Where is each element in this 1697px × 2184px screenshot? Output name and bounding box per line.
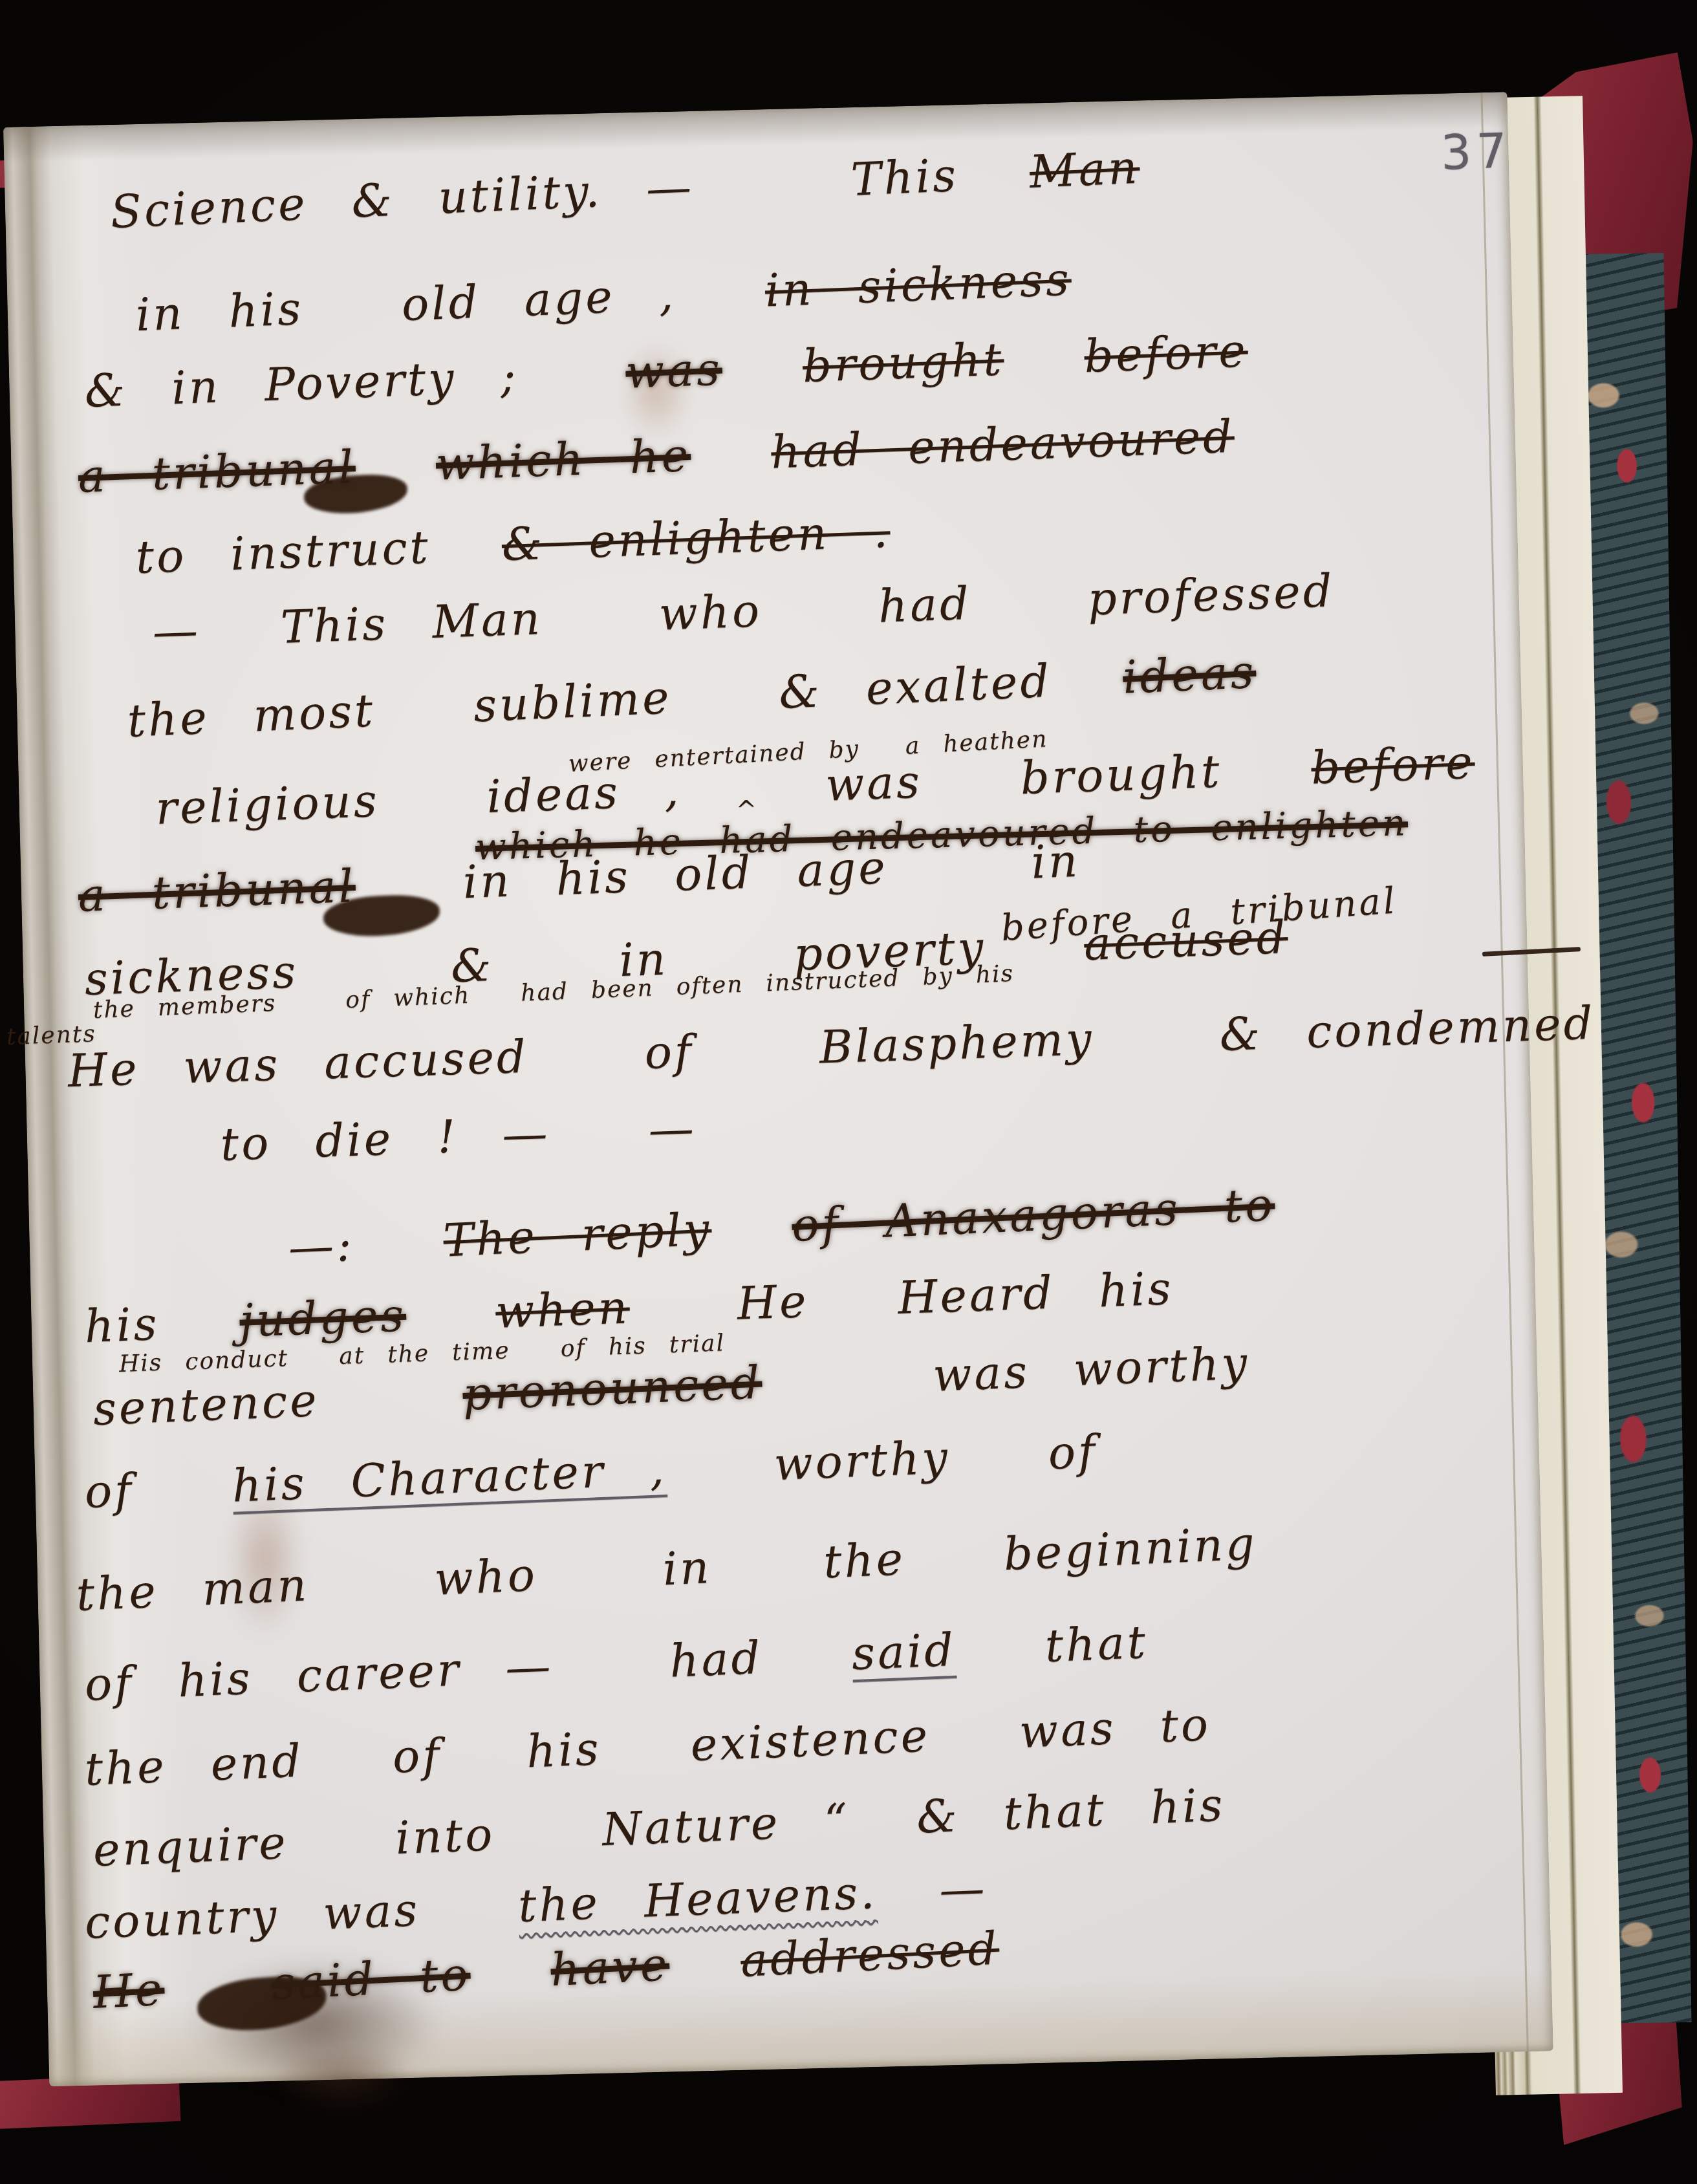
handwritten-text: the Heavens.	[517, 1866, 878, 1932]
handwritten-text: sentence	[92, 1374, 321, 1436]
handwritten-text: country was	[84, 1883, 421, 1949]
struck-text: Man	[1028, 141, 1141, 199]
handwritten-text: professed	[1087, 564, 1335, 625]
handwritten-text: beginning	[1002, 1517, 1258, 1581]
handwritten-text: Blasphemy	[819, 1012, 1095, 1074]
struck-text: addressed	[740, 1921, 1001, 1987]
handwritten-text: of his trial	[560, 1330, 726, 1363]
struck-text: a tribunal	[77, 440, 356, 503]
handwritten-text: sublime	[472, 671, 673, 733]
handwritten-text: had	[669, 1630, 764, 1687]
handwritten-text: —	[152, 603, 202, 658]
struck-text: have	[550, 1938, 671, 1996]
handwritten-text: ideas ,	[486, 764, 682, 823]
manuscript-line: the man who in the beginning	[75, 1519, 1258, 1620]
handwritten-text: to die ! —	[220, 1107, 551, 1172]
struck-text: ideas	[1121, 645, 1257, 704]
manuscript-line: of his Character , worthy of	[84, 1427, 1099, 1517]
manuscript-line: to instruct & enlighten .	[135, 506, 891, 583]
handwritten-text: of which	[345, 982, 471, 1014]
handwritten-text: in	[662, 1541, 713, 1595]
struck-text: accused	[1083, 911, 1289, 971]
handwritten-text: & condemned	[1218, 996, 1595, 1061]
handwritten-text: his Character ,	[232, 1442, 668, 1513]
struck-text: had endeavoured	[770, 410, 1235, 479]
handwritten-text: the	[823, 1532, 907, 1588]
struck-text: judges	[239, 1288, 407, 1347]
handwritten-text: the end	[84, 1735, 305, 1797]
handwritten-text: —:	[287, 1218, 355, 1274]
manuscript-line: the most sublime & exalted ideas	[126, 647, 1257, 746]
handwritten-text: was to	[1019, 1698, 1212, 1758]
handwritten-text: to instruct	[135, 521, 431, 584]
handwritten-text: of	[392, 1729, 443, 1784]
handwritten-text: This Man	[280, 592, 543, 654]
manuscript-line: in his old age , in sickness	[135, 255, 1072, 341]
handwritten-text: of	[1047, 1425, 1098, 1480]
struck-text: of Anaxagoras to	[791, 1178, 1276, 1253]
struck-text: before	[1310, 736, 1476, 795]
manuscript-text: Science & utility. — This Man in his old…	[0, 0, 1697, 2184]
struck-text: He	[92, 1962, 166, 2018]
manuscript-line: —: The reply of Anaxagoras to	[287, 1180, 1276, 1273]
manuscript-line: the end of his existence was to	[84, 1700, 1212, 1795]
manuscript-photo: Science & utility. — This Man in his old…	[0, 0, 1697, 2184]
struck-text: brought	[802, 333, 1005, 393]
handwritten-text: was worthy	[932, 1336, 1251, 1402]
struck-text: when	[495, 1281, 631, 1338]
handwritten-text: This	[850, 149, 960, 206]
handwritten-text: his	[84, 1297, 160, 1353]
handwritten-text: who	[433, 1548, 539, 1606]
handwritten-text: had	[878, 577, 972, 633]
manuscript-line: Science & utility. — This Man	[109, 143, 1141, 237]
handwritten-text: brought	[1020, 745, 1223, 805]
struck-text: which he	[435, 429, 691, 491]
handwritten-text: worthy	[773, 1431, 951, 1491]
manuscript-line: of his career — had said that	[84, 1617, 1149, 1710]
handwritten-text: —	[647, 1102, 697, 1157]
handwritten-text: enquire	[92, 1816, 290, 1877]
manuscript-line: a tribunal which he had endeavoured	[77, 412, 1235, 502]
struck-text: said to	[271, 1947, 472, 2010]
manuscript-line: enquire into Nature “ & that his	[92, 1780, 1226, 1876]
handwritten-text: Heard his	[897, 1262, 1174, 1324]
handwritten-text: old age ,	[400, 268, 676, 331]
handwritten-text: existence	[689, 1709, 931, 1772]
struck-text: was	[625, 343, 723, 399]
handwritten-text: & that his	[916, 1779, 1226, 1844]
handwritten-text: Science & utility. —	[109, 160, 695, 239]
struck-text: a tribunal	[77, 860, 356, 922]
page-number: 37	[1440, 123, 1513, 181]
manuscript-line: & in Poverty ; was brought before	[84, 327, 1249, 417]
handwritten-text: was	[825, 755, 923, 812]
handwritten-text: said	[851, 1623, 957, 1680]
handwritten-text: religious	[155, 774, 381, 835]
handwritten-text: —	[938, 1861, 988, 1916]
handwritten-text: Nature “	[601, 1793, 851, 1856]
handwritten-text: of	[643, 1024, 695, 1079]
handwritten-text: at the time	[338, 1337, 510, 1370]
handwritten-text: of	[84, 1464, 135, 1519]
manuscript-line: — This Man who had professed	[152, 566, 1335, 657]
handwritten-text: He	[737, 1275, 810, 1330]
handwritten-text: who	[658, 584, 763, 641]
handwritten-text: & in Poverty ;	[84, 350, 519, 418]
struck-text: The reply	[442, 1203, 713, 1268]
manuscript-line: to die ! — —	[220, 1104, 697, 1171]
struck-text: & enlighten .	[501, 504, 891, 571]
handwritten-text: into	[395, 1808, 496, 1865]
handwritten-text: the most	[126, 684, 376, 748]
handwritten-text: his	[526, 1722, 603, 1779]
handwritten-text: He was accused	[67, 1030, 529, 1097]
handwritten-text: in his	[135, 282, 304, 341]
handwritten-text: of his career —	[84, 1639, 555, 1711]
handwritten-text: that	[1044, 1616, 1149, 1672]
handwritten-text: & exalted	[777, 654, 1052, 719]
struck-text: pronounced	[462, 1356, 763, 1422]
struck-text: in sickness	[764, 253, 1072, 318]
handwritten-text: in	[1030, 834, 1081, 889]
struck-text: before	[1083, 325, 1249, 384]
handwritten-text: the man	[75, 1558, 310, 1621]
handwritten-text: His conduct	[118, 1345, 289, 1378]
